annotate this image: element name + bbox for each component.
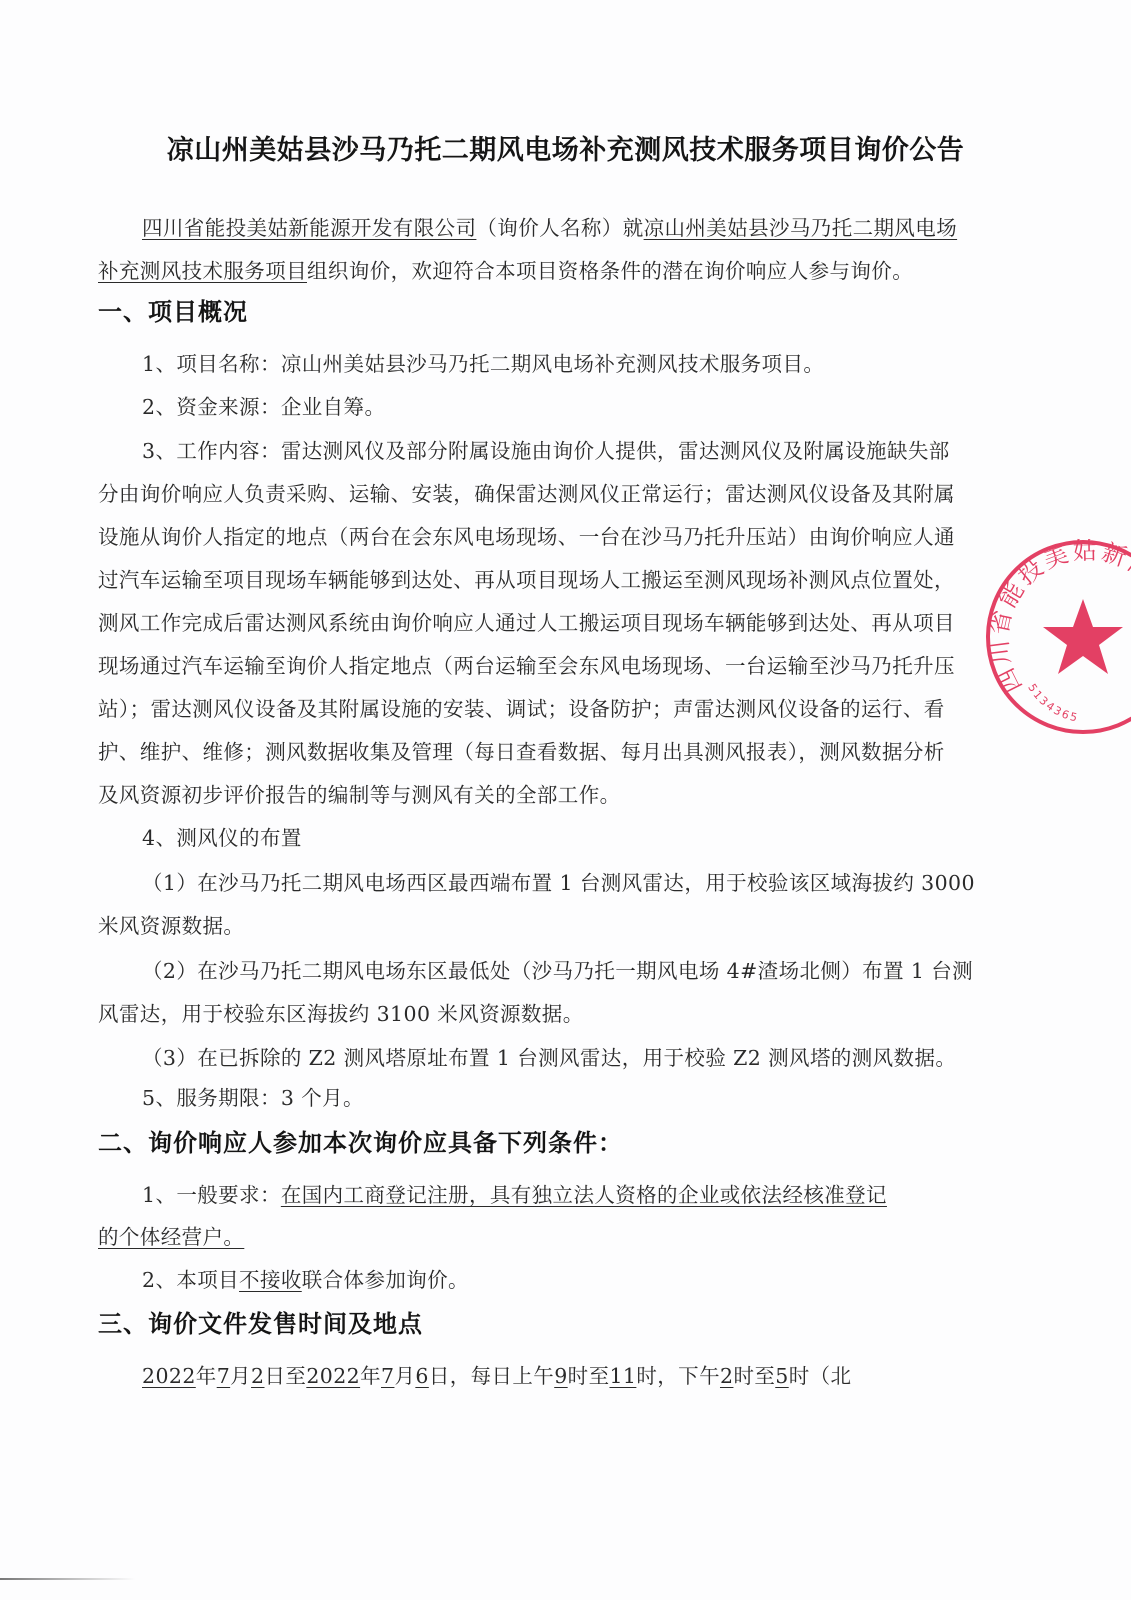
- consortium-suffix: 联合体参加询价。: [302, 1268, 469, 1292]
- layout-item-2-line: 风雷达，用于校验东区海拔约 3100 米风资源数据。: [98, 999, 1003, 1029]
- qualification-text: 在国内工商登记注册，具有独立法人资格的企业或依法经核准登记: [281, 1183, 887, 1207]
- sale-time-line: 2022年7月2日至2022年7月6日，每日上午9时至11时，下午2时至5时（北: [142, 1361, 1003, 1391]
- intro-line-1: 四川省能投美姑新能源开发有限公司（询价人名称）就凉山州美姑县沙马乃托二期风电场: [142, 213, 1003, 243]
- end-day: 6: [415, 1364, 428, 1388]
- section-heading-sale-time: 三、询价文件发售时间及地点: [98, 1308, 423, 1340]
- text: 月: [394, 1364, 415, 1388]
- work-content-line: 分由询价响应人负责采购、运输、安装，确保雷达测风仪正常运行；雷达测风仪设备及其附…: [98, 479, 1003, 509]
- text: 日，每日上午: [429, 1364, 554, 1388]
- start-month: 7: [217, 1364, 230, 1388]
- item-service-period: 5、服务期限：3 个月。: [142, 1083, 1003, 1113]
- company-seal-icon: 四川省能投美姑新能源 5134365: [983, 537, 1131, 737]
- project-name-part2: 补充测风技术服务项目: [98, 259, 307, 283]
- scan-artifact-line: [0, 1578, 135, 1580]
- consortium-prefix: 2、本项目: [142, 1268, 239, 1292]
- intro-tail: 组织询价，欢迎符合本项目资格条件的潜在询价响应人参与询价。: [307, 259, 913, 283]
- qualification-consortium: 2、本项目不接收联合体参加询价。: [142, 1265, 1003, 1295]
- item-fund-source: 2、资金来源：企业自筹。: [142, 392, 1003, 422]
- section-heading-overview: 一、项目概况: [98, 296, 248, 328]
- layout-item-3: （3）在已拆除的 Z2 测风塔原址布置 1 台测风雷达，用于校验 Z2 测风塔的…: [142, 1043, 1003, 1073]
- seal-star-icon: [1043, 599, 1123, 674]
- layout-item-1-line: （1）在沙马乃托二期风电场西区最西端布置 1 台测风雷达，用于校验该区域海拔约 …: [142, 868, 1003, 898]
- work-content-line: 护、维护、维修；测风数据收集及管理（每日查看数据、每月出具测风报表），测风数据分…: [98, 737, 1003, 767]
- text: 时，下午: [636, 1364, 720, 1388]
- intro-line-2: 补充测风技术服务项目组织询价，欢迎符合本项目资格条件的潜在询价响应人参与询价。: [98, 256, 1003, 286]
- text: 时至: [568, 1364, 610, 1388]
- work-content-line: 3、工作内容：雷达测风仪及部分附属设施由询价人提供，雷达测风仪及附属设施缺失部: [142, 436, 1003, 466]
- work-content-line: 及风资源初步评价报告的编制等与测风有关的全部工作。: [98, 780, 1003, 810]
- consortium-not-accepted: 不接收: [239, 1268, 302, 1292]
- text: 时（北: [789, 1364, 852, 1388]
- item-project-name: 1、项目名称：凉山州美姑县沙马乃托二期风电场补充测风技术服务项目。: [142, 349, 1003, 379]
- end-month: 7: [381, 1364, 394, 1388]
- inquirer-name: 四川省能投美姑新能源开发有限公司: [142, 216, 476, 240]
- pm-end-hour: 5: [775, 1364, 788, 1388]
- svg-text:5134365: 5134365: [1025, 681, 1080, 724]
- qualification-text-cont: 的个体经营户。: [98, 1225, 244, 1249]
- end-year: 2022: [306, 1364, 360, 1388]
- text: 年: [196, 1364, 217, 1388]
- work-content-line: 设施从询价人指定的地点（两台在会东风电场现场、一台在沙马乃托升压站）由询价响应人…: [98, 522, 1003, 552]
- qualification-label: 1、一般要求：: [142, 1183, 281, 1207]
- document-title: 凉山州美姑县沙马乃托二期风电场补充测风技术服务项目询价公告: [0, 128, 1131, 167]
- layout-item-1-line: 米风资源数据。: [98, 911, 1003, 941]
- inquirer-note: （询价人名称）就: [476, 216, 643, 240]
- am-end-hour: 11: [609, 1364, 636, 1388]
- item-layout-title: 4、测风仪的布置: [142, 823, 1003, 853]
- pm-start-hour: 2: [720, 1364, 733, 1388]
- seal-arc-text: 四川省能投美姑新能源: [983, 537, 1131, 697]
- qualification-general-cont: 的个体经营户。: [98, 1222, 1003, 1252]
- text: 年: [360, 1364, 381, 1388]
- svg-text:四川省能投美姑新能源: 四川省能投美姑新能源: [983, 537, 1131, 697]
- section-heading-qualifications: 二、询价响应人参加本次询价应具备下列条件：: [98, 1127, 623, 1159]
- work-content-line: 站）；雷达测风仪设备及其附属设施的安装、调试；设备防护；声雷达测风仪设备的运行、…: [98, 694, 1003, 724]
- layout-item-2-line: （2）在沙马乃托二期风电场东区最低处（沙马乃托一期风电场 4#渣场北侧）布置 1…: [142, 956, 1003, 986]
- text: 日至: [265, 1364, 307, 1388]
- work-content-line: 测风工作完成后雷达测风系统由询价响应人通过人工搬运项目现场车辆能够到达处、再从项…: [98, 608, 1003, 638]
- work-content-line: 过汽车运输至项目现场车辆能够到达处、再从项目现场人工搬运至测风现场补测风点位置处…: [98, 565, 1003, 595]
- text: 月: [230, 1364, 251, 1388]
- document-page: 凉山州美姑县沙马乃托二期风电场补充测风技术服务项目询价公告 四川省能投美姑新能源…: [0, 0, 1131, 1600]
- qualification-general: 1、一般要求：在国内工商登记注册，具有独立法人资格的企业或依法经核准登记: [142, 1180, 1003, 1210]
- start-day: 2: [251, 1364, 264, 1388]
- seal-serial: 5134365: [1025, 681, 1080, 724]
- project-name-part1: 凉山州美姑县沙马乃托二期风电场: [644, 216, 958, 240]
- work-content-line: 现场通过汽车运输至询价人指定地点（两台运输至会东风电场现场、一台运输至沙马乃托升…: [98, 651, 1003, 681]
- am-start-hour: 9: [554, 1364, 567, 1388]
- start-year: 2022: [142, 1364, 196, 1388]
- text: 时至: [733, 1364, 775, 1388]
